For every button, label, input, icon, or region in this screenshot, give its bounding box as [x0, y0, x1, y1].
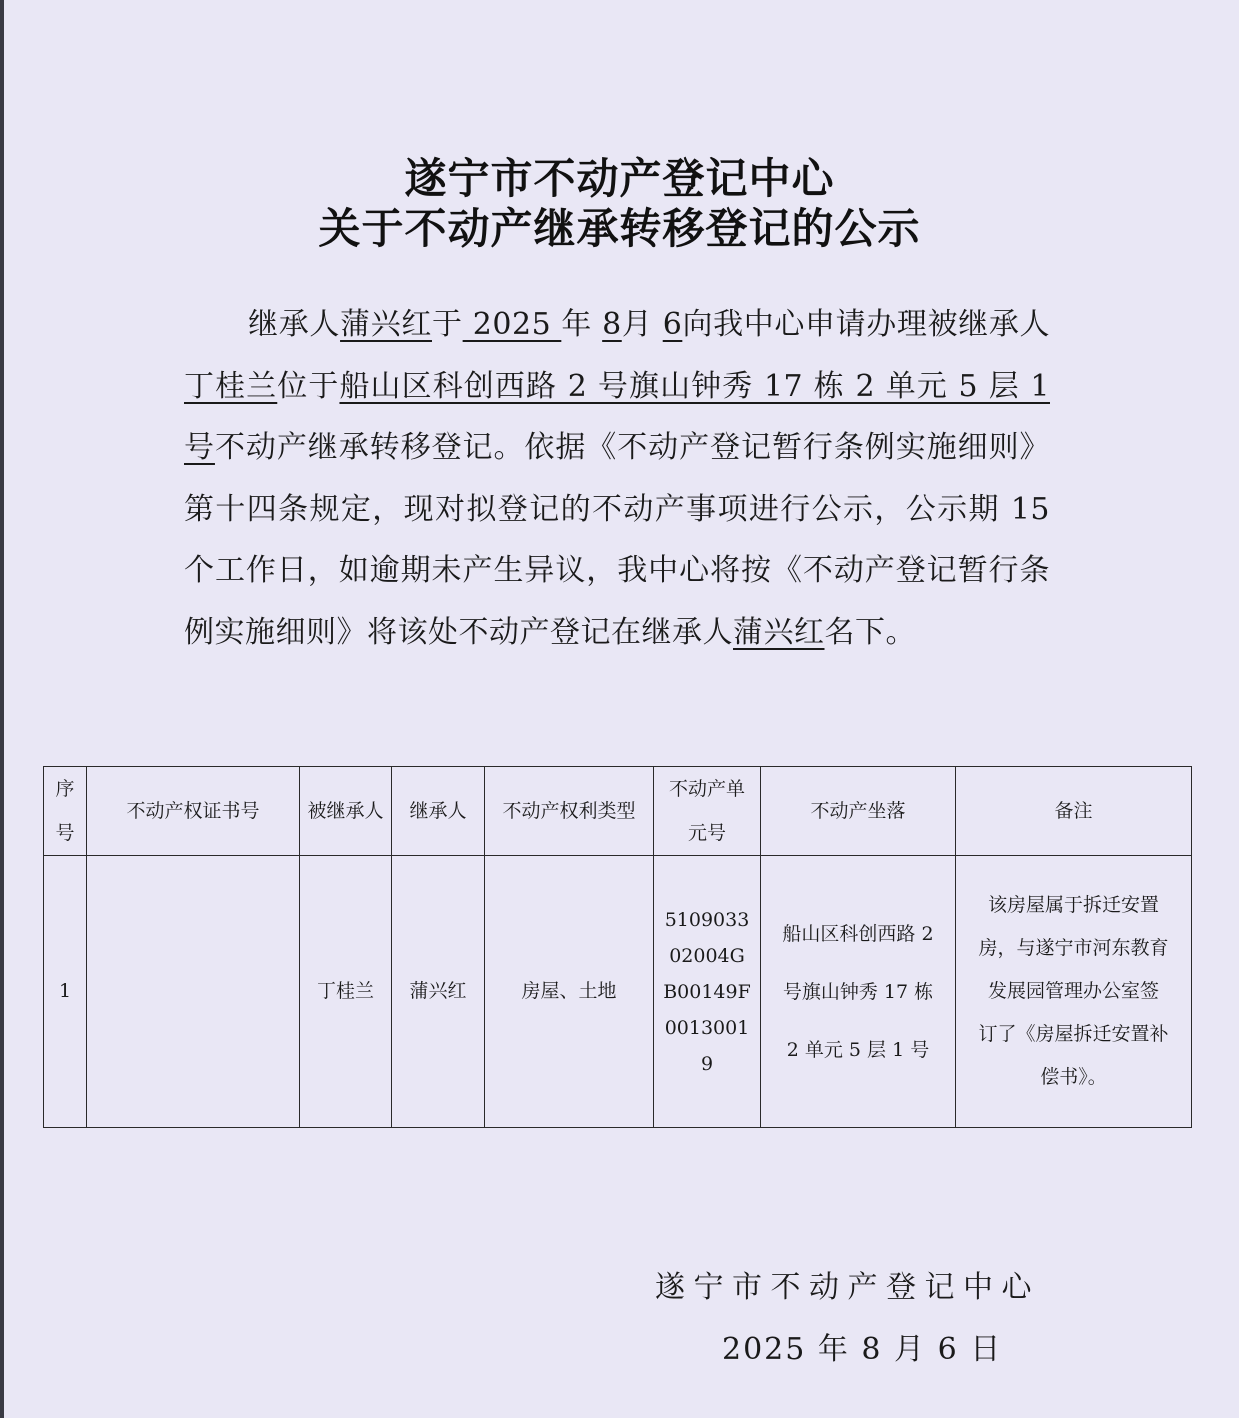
- signature-org: 遂宁市不动产登记中心: [655, 1262, 1040, 1306]
- text: 年: [561, 307, 592, 342]
- header-unit-no: 不动产单元号: [654, 767, 761, 856]
- cell-remark: 该房屋属于拆迁安置 房，与遂宁市河东教育 发展园管理办公室签 订了《房屋拆迁安置…: [956, 856, 1192, 1128]
- header-right-type: 不动产权利类型: [485, 767, 654, 856]
- heir-name-end: 蒲兴红: [733, 615, 825, 650]
- table-header-row: 序号 不动产权证书号 被继承人 继承人 不动产权利类型 不动产单元号 不动产坐落…: [44, 767, 1192, 856]
- heir-name: 蒲兴红: [340, 307, 432, 342]
- cell-heir: 蒲兴红: [392, 856, 485, 1128]
- cell-decedent: 丁桂兰: [300, 856, 392, 1128]
- text: 不动产继承转移登记。依据《不动产登记暂行条例实施细则》第十四条规定，现对拟登记的…: [184, 430, 1050, 650]
- text: 位于: [277, 369, 339, 404]
- apply-year: 2025: [463, 307, 562, 342]
- text: 名下。: [825, 615, 917, 650]
- text: 继承人: [248, 307, 340, 342]
- cell-unit-no: 5109033 02004G B00149F 0013001 9: [654, 856, 761, 1128]
- header-decedent: 被继承人: [300, 767, 392, 856]
- document-title-line2: 关于不动产继承转移登记的公示: [0, 196, 1239, 256]
- header-remark: 备注: [956, 767, 1192, 856]
- header-seq: 序号: [44, 767, 87, 856]
- cell-cert-no: [87, 856, 300, 1128]
- registration-table: 序号 不动产权证书号 被继承人 继承人 不动产权利类型 不动产单元号 不动产坐落…: [43, 766, 1192, 1128]
- text: 月: [622, 307, 653, 342]
- cell-seq: 1: [44, 856, 87, 1128]
- apply-month: 8: [602, 307, 622, 342]
- table-row: 1 丁桂兰 蒲兴红 房屋、土地 5109033 02004G B00149F 0…: [44, 856, 1192, 1128]
- text: 向我中心申请办理被继承人: [682, 307, 1050, 342]
- notice-paragraph: 继承人蒲兴红于 2025 年 8月 6向我中心申请办理被继承人丁桂兰位于船山区科…: [184, 294, 1050, 663]
- cell-right-type: 房屋、土地: [485, 856, 654, 1128]
- decedent-name: 丁桂兰: [184, 369, 277, 404]
- text: 于: [432, 307, 463, 342]
- header-location: 不动产坐落: [761, 767, 956, 856]
- signature-date: 2025 年 8 月 6 日: [722, 1324, 1002, 1368]
- cell-location: 船山区科创西路 2 号旗山钟秀 17 栋 2 单元 5 层 1 号: [761, 856, 956, 1128]
- apply-day: 6: [663, 307, 683, 342]
- header-cert-no: 不动产权证书号: [87, 767, 300, 856]
- header-heir: 继承人: [392, 767, 485, 856]
